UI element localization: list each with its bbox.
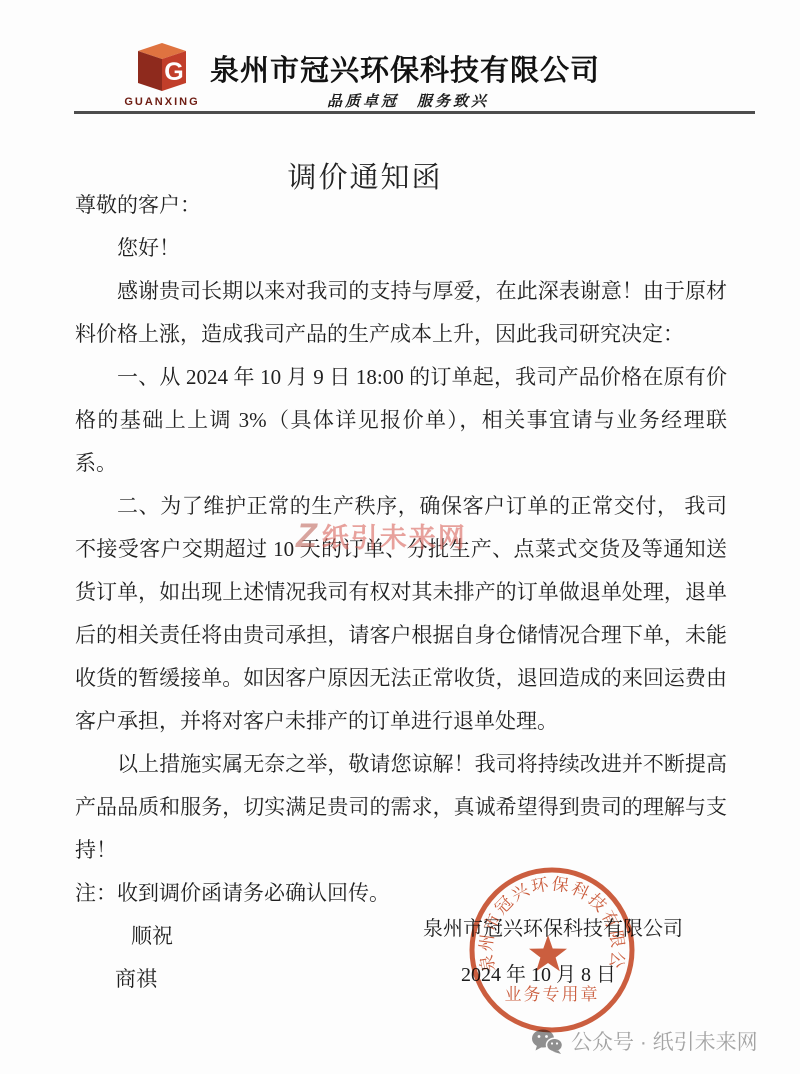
- seal-bottom-text: 业务专用章: [505, 984, 600, 1004]
- company-seal: 泉州市冠兴环保科技有限公司 业务专用章: [467, 865, 637, 1035]
- seal-star-icon: [529, 935, 567, 971]
- paragraph-intro: 感谢贵司长期以来对我司的支持与厚爱，在此深表谢意！由于原材料价格上涨，造成我司产…: [75, 270, 727, 356]
- document-page: G GUANXING 泉州市冠兴环保科技有限公司 品质卓冠 服务致兴 调价通知函…: [0, 0, 800, 1074]
- header-divider: [74, 111, 755, 114]
- greeting: 您好！: [75, 227, 727, 270]
- letterhead-slogan: 品质卓冠 服务致兴: [0, 90, 800, 111]
- salutation: 尊敬的客户：: [75, 184, 727, 227]
- paragraph-outro: 以上措施实属无奈之举，敬请您谅解！我司将持续改进并不断提高产品品质和服务，切实满…: [75, 743, 727, 872]
- letterhead-company-name: 泉州市冠兴环保科技有限公司: [0, 48, 800, 89]
- paragraph-item-1: 一、从 2024 年 10 月 9 日 18:00 的订单起，我司产品价格在原有…: [75, 356, 727, 485]
- paragraph-item-2: 二、为了维护正常的生产秩序，确保客户订单的正常交付， 我司不接受客户交期超过 1…: [75, 485, 727, 743]
